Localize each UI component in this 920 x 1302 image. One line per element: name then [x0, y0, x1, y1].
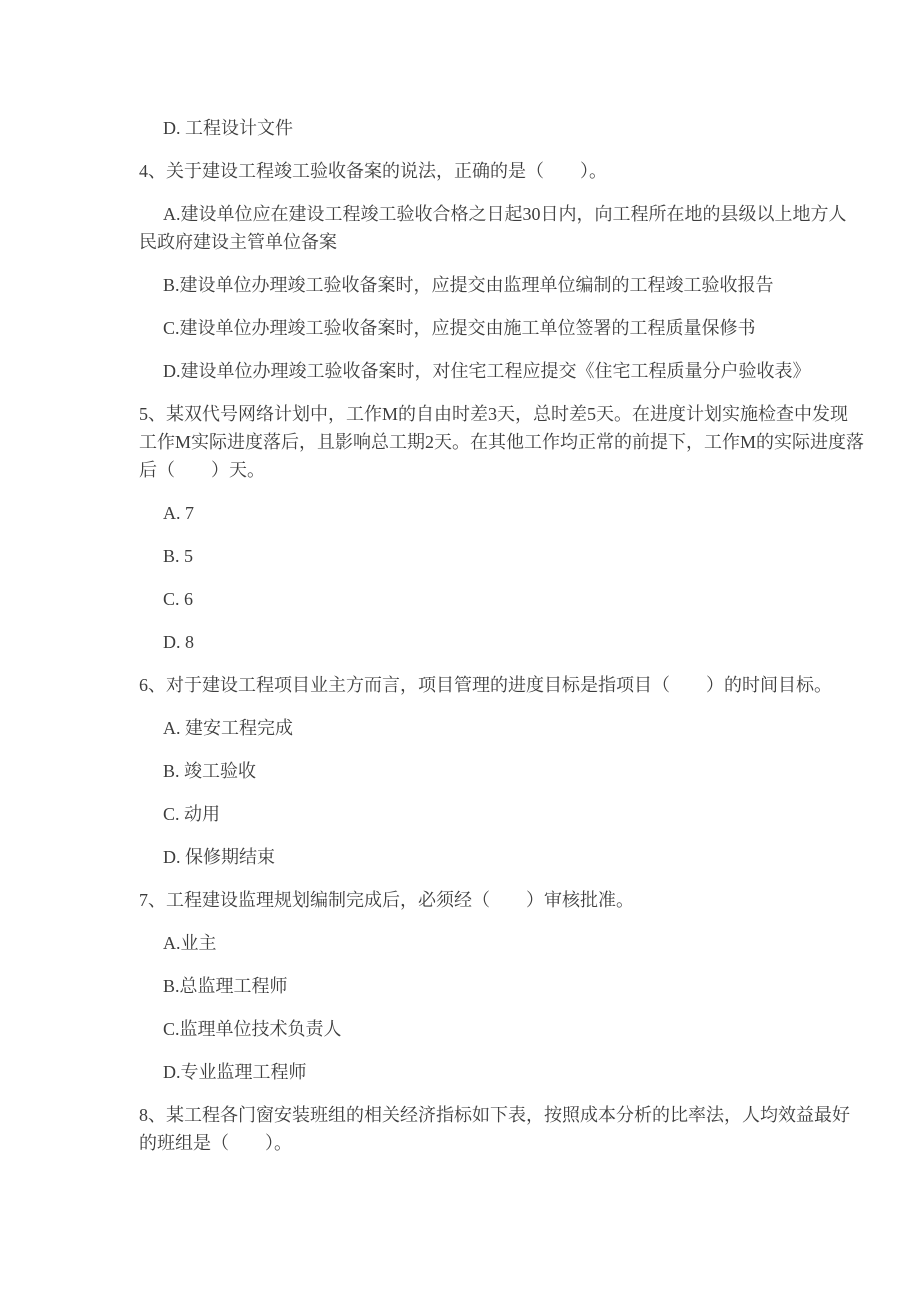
option-paragraph: C.建设单位办理竣工验收备案时，应提交由施工单位签署的工程质量保修书 — [139, 314, 880, 342]
option-paragraph: C. 动用 — [139, 800, 880, 828]
option-paragraph: A. 建安工程完成 — [139, 714, 880, 742]
option-paragraph: B. 5 — [139, 542, 880, 570]
option-paragraph: D. 8 — [139, 628, 880, 656]
question-paragraph: 6、对于建设工程项目业主方而言，项目管理的进度目标是指项目（ ）的时间目标。 — [139, 671, 880, 699]
option-paragraph: A. 7 — [139, 499, 880, 527]
option-paragraph: B.建设单位办理竣工验收备案时，应提交由监理单位编制的工程竣工验收报告 — [139, 271, 880, 299]
option-paragraph: B.总监理工程师 — [139, 972, 880, 1000]
option-paragraph: C. 6 — [139, 585, 880, 613]
option-paragraph: D. 保修期结束 — [139, 843, 880, 871]
option-paragraph: B. 竣工验收 — [139, 757, 880, 785]
question-paragraph: 5、某双代号网络计划中，工作M的自由时差3天，总时差5天。在进度计划实施检查中发… — [139, 400, 880, 484]
question-paragraph: 7、工程建设监理规划编制完成后，必须经（ ）审核批准。 — [139, 886, 880, 914]
document-page: D. 工程设计文件4、关于建设工程竣工验收备案的说法，正确的是（ ）。A.建设单… — [0, 0, 920, 1302]
option-paragraph: D.专业监理工程师 — [139, 1058, 880, 1086]
option-paragraph: A.业主 — [139, 929, 880, 957]
option-paragraph: C.监理单位技术负责人 — [139, 1015, 880, 1043]
question-paragraph: 8、某工程各门窗安装班组的相关经济指标如下表，按照成本分析的比率法，人均效益最好… — [139, 1101, 880, 1157]
option-paragraph: A.建设单位应在建设工程竣工验收合格之日起30日内，向工程所在地的县级以上地方人… — [139, 200, 880, 256]
option-paragraph: D.建设单位办理竣工验收备案时，对住宅工程应提交《住宅工程质量分户验收表》 — [139, 357, 880, 385]
question-paragraph: 4、关于建设工程竣工验收备案的说法，正确的是（ ）。 — [139, 157, 880, 185]
option-paragraph: D. 工程设计文件 — [139, 114, 880, 142]
